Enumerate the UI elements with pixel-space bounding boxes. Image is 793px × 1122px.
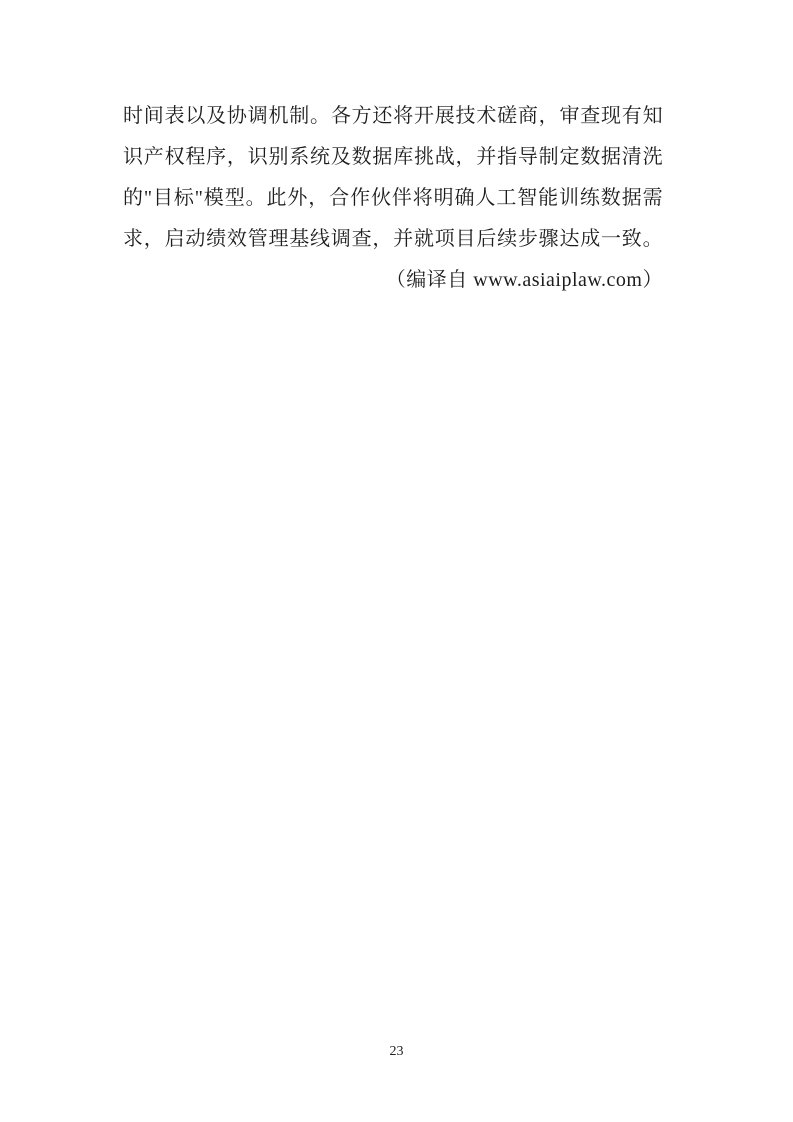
document-page: 时间表以及协调机制。各方还将开展技术磋商，审查现有知 识产权程序，识别系统及数据… <box>0 0 793 1122</box>
paragraph-line: 的"目标"模型。此外，合作伙伴将明确人工智能训练数据需 <box>123 178 663 219</box>
body-paragraph: 时间表以及协调机制。各方还将开展技术磋商，审查现有知 识产权程序，识别系统及数据… <box>123 96 663 301</box>
paragraph-line: 识产权程序，识别系统及数据库挑战，并指导制定数据清洗 <box>123 137 663 178</box>
attribution-line: （编译自 www.asiaiplaw.com） <box>123 260 663 301</box>
page-number: 23 <box>0 1044 793 1060</box>
paragraph-line: 时间表以及协调机制。各方还将开展技术磋商，审查现有知 <box>123 96 663 137</box>
paragraph-line: 求，启动绩效管理基线调查，并就项目后续步骤达成一致。 <box>123 219 663 260</box>
